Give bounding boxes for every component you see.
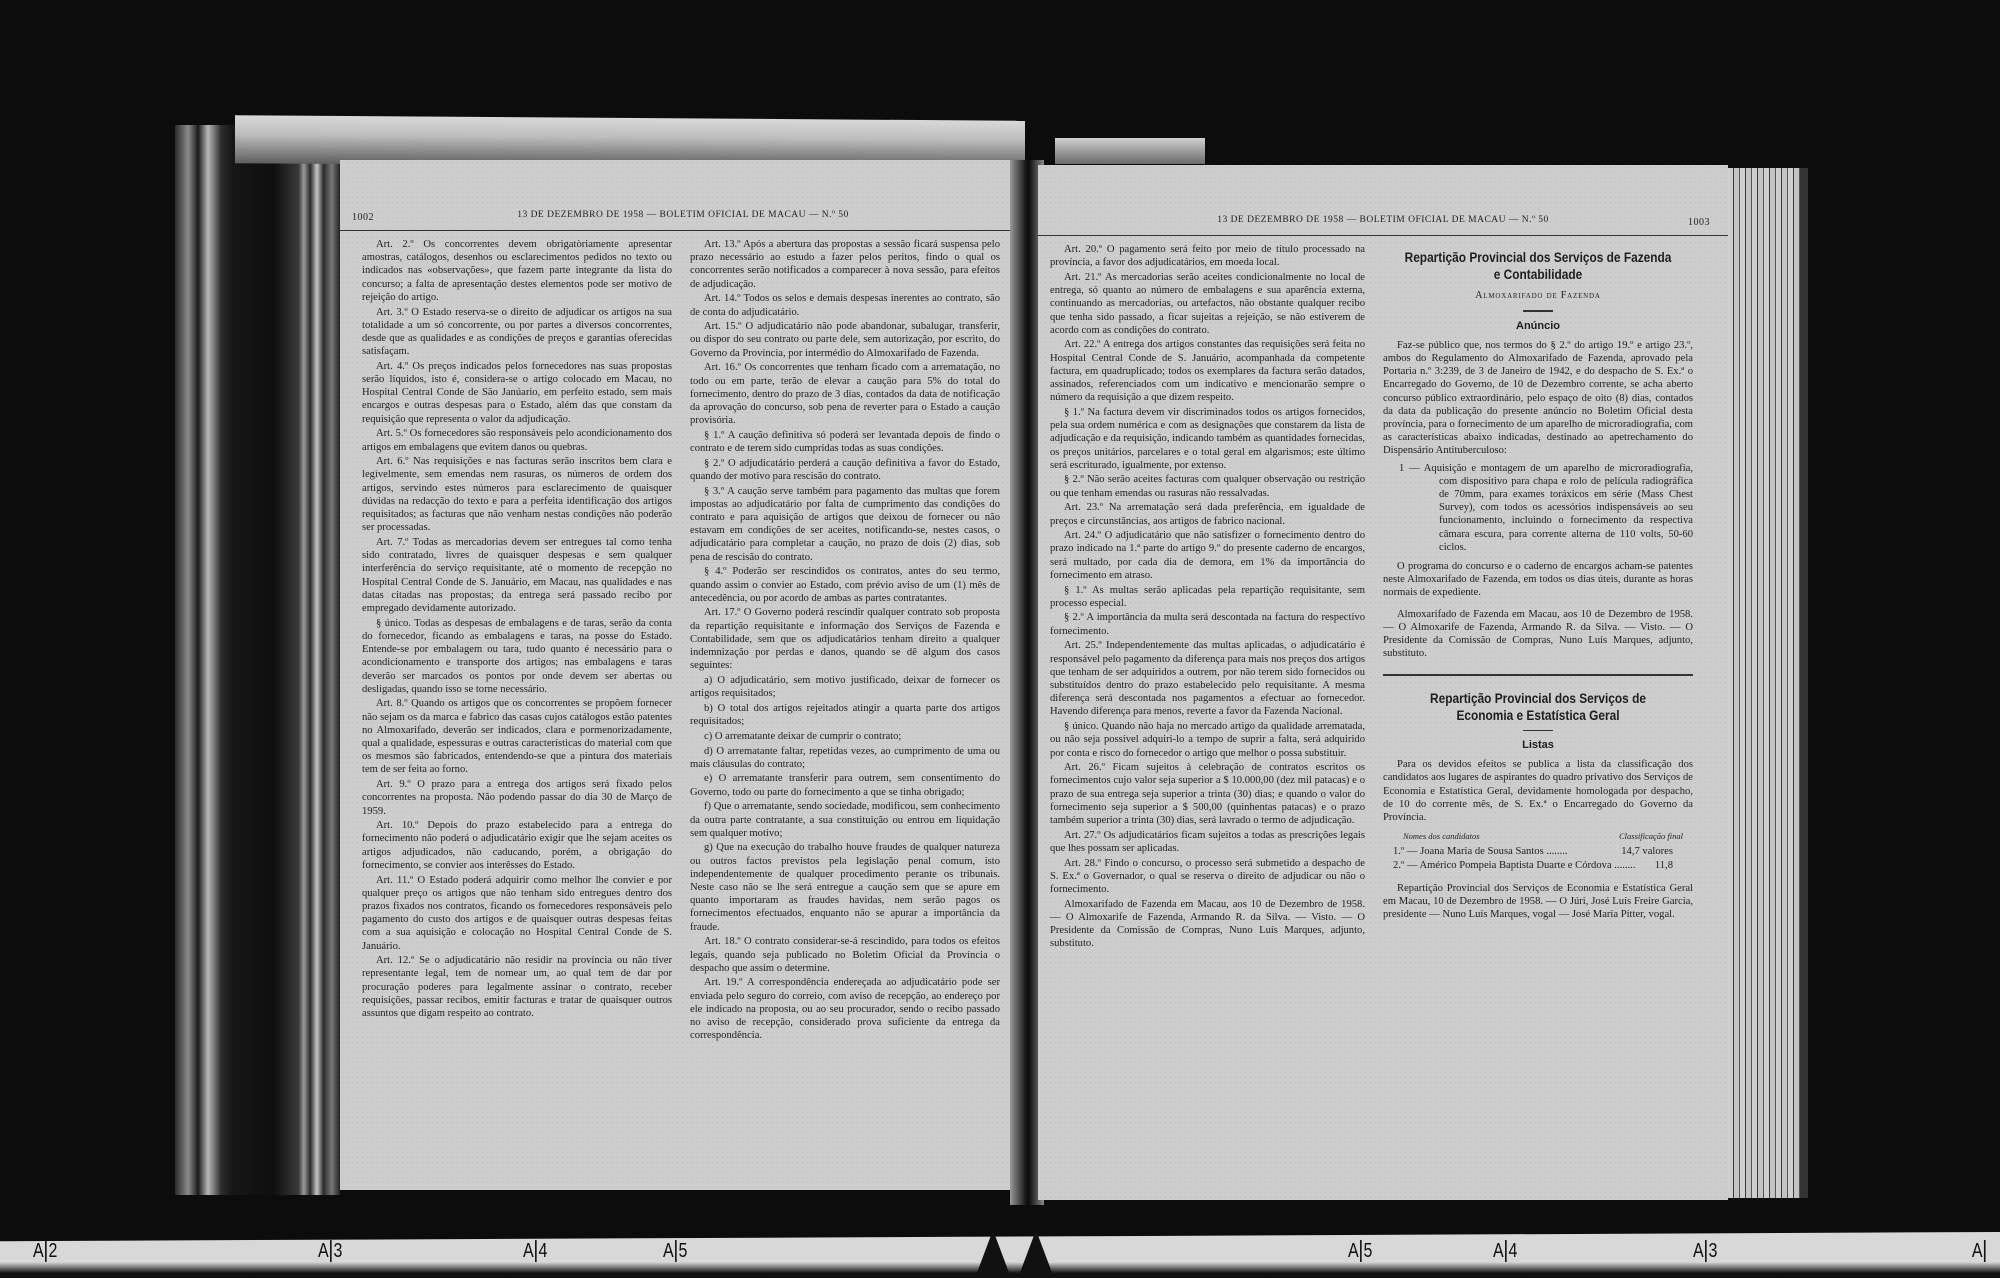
left-page-col2-paragraph: Art. 18.º O contrato considerar-se-á res… <box>690 935 1000 975</box>
frame-mark: A4 <box>1493 1240 1517 1263</box>
left-page-col1-paragraph: Art. 6.º Nas requisições e nas facturas … <box>362 455 672 534</box>
frame-mark: A5 <box>1348 1240 1372 1263</box>
frame-mark: A <box>1972 1240 1987 1263</box>
right-page-col1-paragraph: Art. 22.º A entrega dos artigos constant… <box>1050 338 1365 404</box>
notice-heading: Anúncio <box>1383 320 1693 333</box>
left-page-col2-paragraph: § 1.º A caução definitiva só poderá ser … <box>690 429 1000 455</box>
lists-intro: Para os devidos efeitos se publica a lis… <box>1383 758 1693 824</box>
left-page-col1-paragraph: Art. 10.º Depois do prazo estabelecido p… <box>362 819 672 872</box>
left-page-col2-paragraph: Art. 17.º O Governo poderá rescindir qua… <box>690 606 1000 672</box>
page-number: 1002 <box>352 212 374 223</box>
notice-program: O programa do concurso e o caderno de en… <box>1383 560 1693 600</box>
right-page-col1-paragraph: § 1.º Na factura devem vir discriminados… <box>1050 406 1365 472</box>
left-page-col1-paragraph: Art. 3.º O Estado reserva-se o direito d… <box>362 306 672 359</box>
left-page-col2-paragraph: § 3.º A caução serve também para pagamen… <box>690 485 1000 564</box>
left-page-col2-paragraph: e) O arrematante transferir para outrem,… <box>690 772 1000 798</box>
candidate-score: 14,7 valores <box>1621 845 1673 858</box>
running-head-text: 13 de Dezembro de 1958 — Boletim Oficial… <box>517 210 849 220</box>
left-page-col1-paragraph: Art. 5.º Os fornecedores são responsávei… <box>362 427 672 453</box>
running-head: 13 de Dezembro de 1958 — Boletim Oficial… <box>1038 215 1728 236</box>
left-page-col2-paragraph: § 4.º Poderão ser rescindidos os contrat… <box>690 565 1000 605</box>
notice-signature: Almoxarifado de Fazenda em Macau, aos 10… <box>1383 608 1693 661</box>
left-page-col1-paragraph: Art. 8.º Quando os artigos que os concor… <box>362 697 672 776</box>
right-page-col1-paragraph: Art. 23.º Na arrematação será dada prefe… <box>1050 501 1365 527</box>
right-page-column-2: Repartição Provincial dos Serviços de Fa… <box>1383 243 1693 923</box>
header-score: Classificação final <box>1619 830 1683 843</box>
left-page-col2-paragraph: g) Que na execução do trabalho houve fra… <box>690 841 1000 933</box>
candidate-name: 2.º — Américo Pompeia Baptista Duarte e … <box>1393 859 1655 872</box>
frame-mark: A5 <box>663 1240 687 1263</box>
header-names: Nomes dos candidatos <box>1403 830 1480 843</box>
divider <box>1523 730 1553 731</box>
candidate-list: 1.º — Joana Maria de Sousa Santos ......… <box>1383 845 1693 871</box>
right-page-col1-paragraph: § 2.º Não serão aceites facturas com qua… <box>1050 473 1365 499</box>
left-page-col1-paragraph: § único. Todas as despesas de embalagens… <box>362 617 672 696</box>
left-page-col1-paragraph: Art. 4.º Os preços indicados pelos forne… <box>362 360 672 426</box>
right-page-col1-paragraph: Art. 20.º O pagamento será feito por mei… <box>1050 243 1365 269</box>
left-page-column-2: Art. 13.º Após a abertura das propostas … <box>690 238 1000 1044</box>
section-title-economia: Repartição Provincial dos Serviços de Ec… <box>1402 690 1675 724</box>
notice-intro: Faz-se público que, nos termos do § 2.º … <box>1383 339 1693 458</box>
left-page-col2-paragraph: Art. 14.º Todos os selos e demais despes… <box>690 292 1000 318</box>
book-edge-right <box>1728 168 1808 1198</box>
film-notch-right <box>1018 1230 1054 1278</box>
section-divider <box>1383 674 1693 675</box>
frame-mark: A3 <box>1693 1240 1717 1263</box>
divider <box>1523 310 1553 311</box>
candidate-name: 1.º — Joana Maria de Sousa Santos ......… <box>1393 845 1621 858</box>
left-page-col2-paragraph: f) Que o arrematante, sendo sociedade, m… <box>690 800 1000 840</box>
book-edge-left <box>175 125 340 1195</box>
left-page-col2-paragraph: Art. 16.º Os concorrentes que tenham fic… <box>690 361 1000 427</box>
running-head: 1002 13 de Dezembro de 1958 — Boletim Of… <box>340 210 1026 231</box>
left-page-column-1: Art. 2.º Os concorrentes devem obrigatòr… <box>362 238 672 1022</box>
left-page-col2-paragraph: Art. 19.º A correspondência endereçada a… <box>690 976 1000 1042</box>
left-page-col2-paragraph: c) O arrematante deixar de cumprir o con… <box>690 730 1000 743</box>
left-page-col2-paragraph: d) O arrematante faltar, repetidas vezes… <box>690 745 1000 771</box>
notice-item: 1 — Aquisição e montagem de um aparelho … <box>1383 462 1693 554</box>
left-page: 1002 13 de Dezembro de 1958 — Boletim Of… <box>340 160 1026 1190</box>
right-page-col1-paragraph: Art. 25.º Independentemente das multas a… <box>1050 639 1365 718</box>
left-page-col1-paragraph: Art. 2.º Os concorrentes devem obrigatòr… <box>362 238 672 304</box>
left-page-col2-paragraph: Art. 15.º O adjudicatário não pode aband… <box>690 320 1000 360</box>
right-page: 13 de Dezembro de 1958 — Boletim Oficial… <box>1038 165 1728 1200</box>
lists-signature: Repartição Provincial dos Serviços de Ec… <box>1383 882 1693 922</box>
left-page-col2-paragraph: b) O total dos artigos rejeitados atingi… <box>690 702 1000 728</box>
right-page-col1-paragraph: § único. Quando não haja no mercado arti… <box>1050 720 1365 760</box>
left-page-col1-paragraph: Art. 7.º Todas as mercadorias devem ser … <box>362 536 672 615</box>
right-page-col1-paragraph: Art. 24.º O adjudicatário que não satisf… <box>1050 529 1365 582</box>
left-page-col1-paragraph: Art. 12.º Se o adjudicatário não residir… <box>362 954 672 1020</box>
right-page-col1-paragraph: § 2.º A importância da multa será descon… <box>1050 611 1365 637</box>
right-page-col1-paragraph: § 1.º As multas serão aplicadas pela rep… <box>1050 584 1365 610</box>
candidate-row: 1.º — Joana Maria de Sousa Santos ......… <box>1383 845 1693 858</box>
page-number: 1003 <box>1688 217 1710 228</box>
candidate-row: 2.º — Américo Pompeia Baptista Duarte e … <box>1383 859 1693 872</box>
candidate-score: 11,8 <box>1655 859 1673 872</box>
frame-mark: A4 <box>523 1240 547 1263</box>
left-page-col1-paragraph: Art. 11.º O Estado poderá adquirir como … <box>362 874 672 953</box>
frame-mark: A2 <box>33 1240 57 1263</box>
film-notch-left <box>975 1230 1011 1278</box>
lists-heading: Listas <box>1383 739 1693 752</box>
right-page-col1-paragraph: Art. 27.º Os adjudicatários ficam sujeit… <box>1050 829 1365 855</box>
right-page-col1-paragraph: Art. 28.º Findo o concurso, o processo s… <box>1050 857 1365 897</box>
right-page-col1-paragraph: Art. 21.º As mercadorias serão aceites c… <box>1050 271 1365 337</box>
book-top-edge-right <box>1055 138 1205 164</box>
left-page-col2-paragraph: § 2.º O adjudicatário perderá a caução d… <box>690 457 1000 483</box>
right-page-col1-paragraph: Almoxarifado de Fazenda em Macau, aos 10… <box>1050 898 1365 951</box>
frame-mark: A3 <box>318 1240 342 1263</box>
left-page-col2-paragraph: Art. 13.º Após a abertura das propostas … <box>690 238 1000 291</box>
running-head-text: 13 de Dezembro de 1958 — Boletim Oficial… <box>1217 215 1549 225</box>
section-title-fazenda: Repartição Provincial dos Serviços de Fa… <box>1402 249 1675 283</box>
right-page-column-1: Art. 20.º O pagamento será feito por mei… <box>1050 243 1365 952</box>
right-page-col1-paragraph: Art. 26.º Ficam sujeitos à celebração de… <box>1050 761 1365 827</box>
left-page-col2-paragraph: a) O adjudicatário, sem motivo justifica… <box>690 674 1000 700</box>
left-page-col1-paragraph: Art. 9.º O prazo para a entrega dos arti… <box>362 778 672 818</box>
candidate-list-header: Nomes dos candidatos Classificação final <box>1383 830 1693 843</box>
section-subtitle: Almoxarifado de Fazenda <box>1383 289 1693 302</box>
